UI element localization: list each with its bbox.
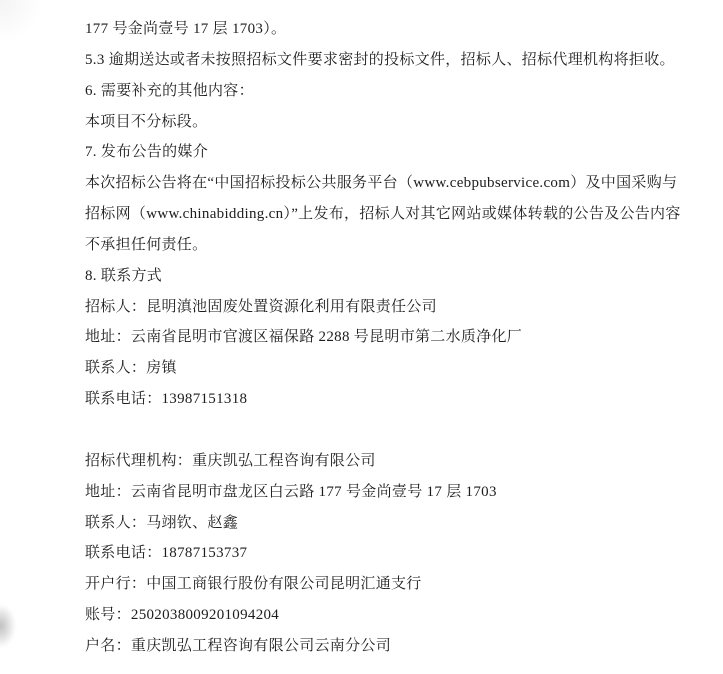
- line-blank: [85, 415, 663, 446]
- scan-smudge: [0, 604, 16, 648]
- line-tenderer-name: 招标人：昆明滇池固废处置资源化利用有限责任公司: [85, 292, 663, 323]
- line-section-8-heading: 8. 联系方式: [85, 261, 663, 292]
- line-agency-contact: 联系人：马翊钦、赵鑫: [85, 508, 663, 539]
- line-agency-phone: 联系电话：18787153737: [85, 538, 663, 569]
- line-section-7-body-2: 招标网（www.chinabidding.cn）”上发布，招标人对其它网站或媒体…: [85, 199, 663, 230]
- line-tenderer-phone: 联系电话：13987151318: [85, 384, 663, 415]
- line-bank-name: 开户行：中国工商银行股份有限公司昆明汇通支行: [85, 569, 663, 600]
- line-tenderer-address: 地址：云南省昆明市官渡区福保路 2288 号昆明市第二水质净化厂: [85, 322, 663, 353]
- line-address-continuation: 177 号金尚壹号 17 层 1703）。: [85, 14, 663, 45]
- line-agency-name: 招标代理机构：重庆凯弘工程咨询有限公司: [85, 446, 663, 477]
- line-account-name: 户名：重庆凯弘工程咨询有限公司云南分公司: [85, 631, 663, 662]
- scan-corner-shade: [0, 0, 40, 40]
- line-section-7-body-1: 本次招标公告将在“中国招标投标公共服务平台（www.cebpubservice.…: [85, 168, 663, 199]
- line-tenderer-contact: 联系人：房镇: [85, 353, 663, 384]
- line-section-7-heading: 7. 发布公告的媒介: [85, 137, 663, 168]
- document-body: 177 号金尚壹号 17 层 1703）。 5.3 逾期送达或者未按照招标文件要…: [85, 14, 663, 662]
- line-section-6-body: 本项目不分标段。: [85, 107, 663, 138]
- line-section-7-body-3: 不承担任何责任。: [85, 230, 663, 261]
- line-account-number: 账号：2502038009201094204: [85, 600, 663, 631]
- line-agency-address: 地址：云南省昆明市盘龙区白云路 177 号金尚壹号 17 层 1703: [85, 477, 663, 508]
- line-clause-5-3: 5.3 逾期送达或者未按照招标文件要求密封的投标文件，招标人、招标代理机构将拒收…: [85, 45, 663, 76]
- line-section-6-heading: 6. 需要补充的其他内容：: [85, 76, 663, 107]
- scanned-document-page: 177 号金尚壹号 17 层 1703）。 5.3 逾期送达或者未按照招标文件要…: [0, 0, 723, 674]
